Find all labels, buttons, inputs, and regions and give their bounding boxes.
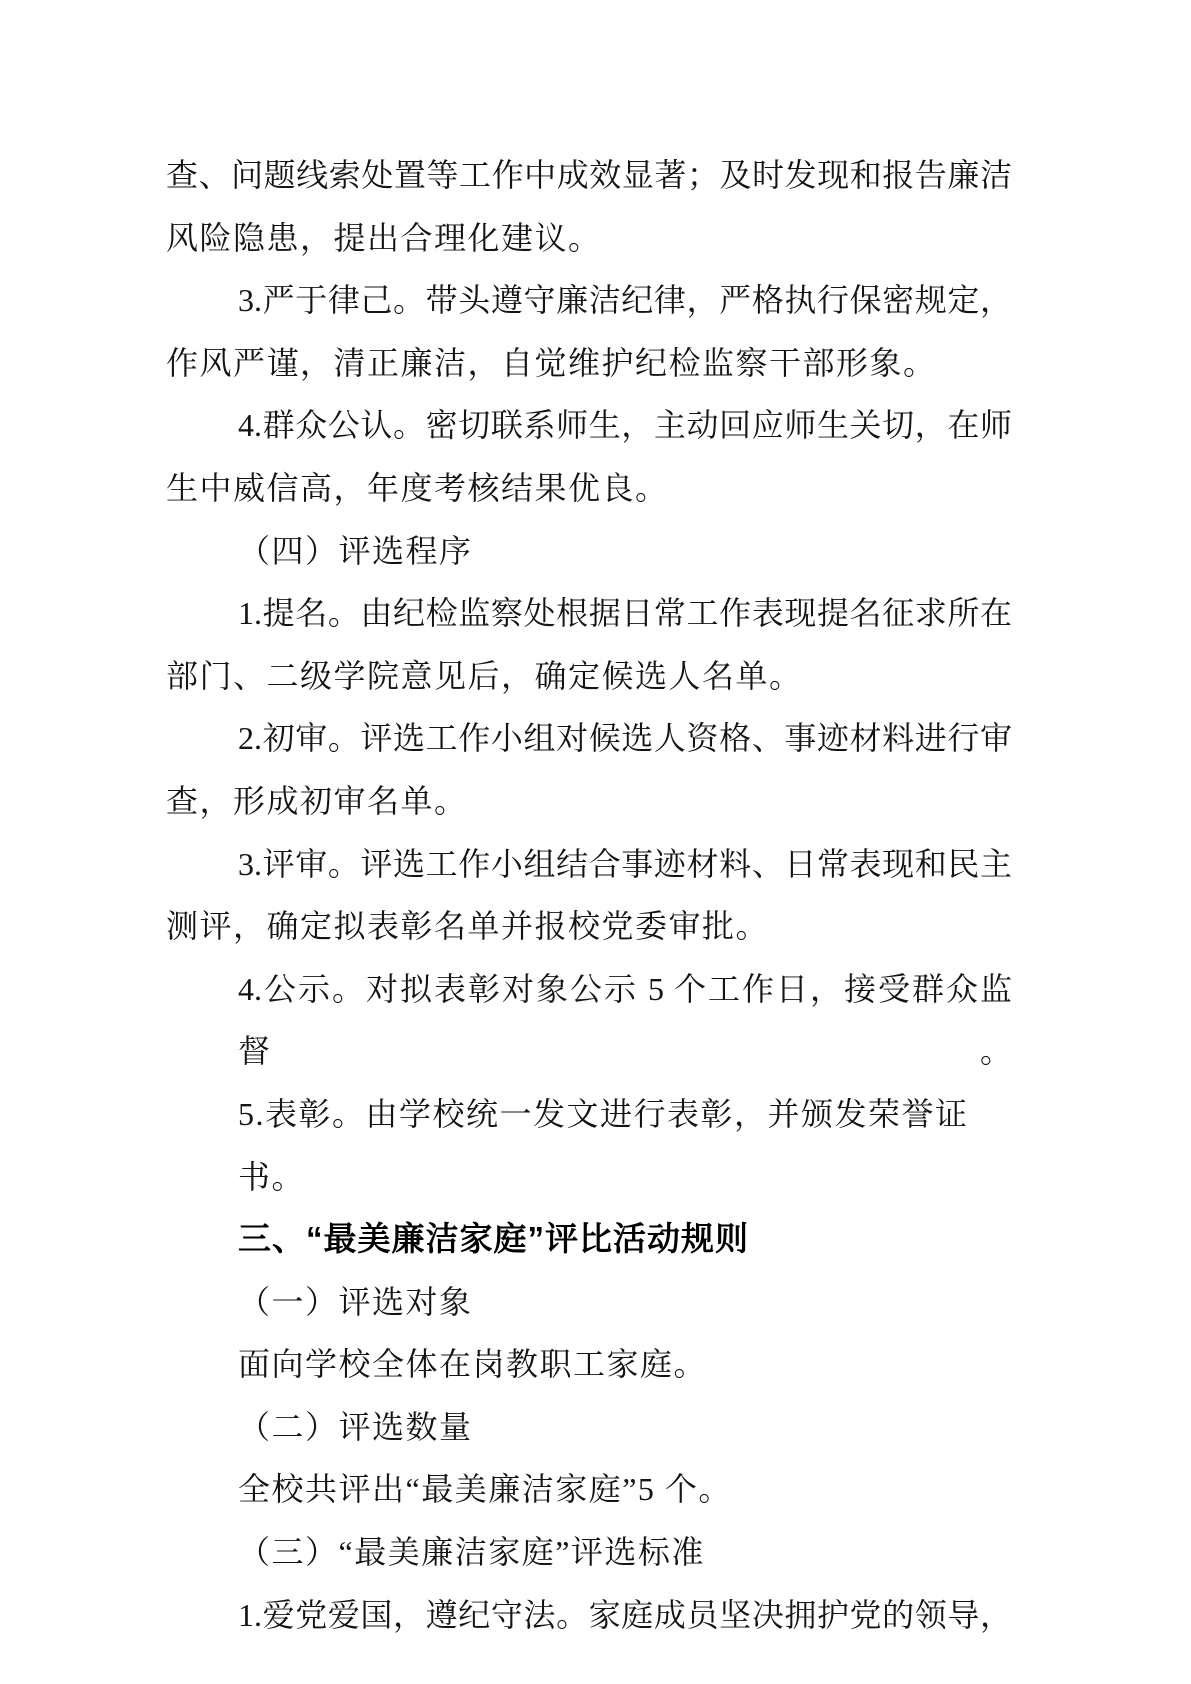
text-line: 查、问题线索处置等工作中成效显著；及时发现和报告廉洁	[166, 144, 1012, 207]
section-heading: 三、“最美廉洁家庭”评比活动规则	[166, 1208, 1012, 1271]
text-line: 作风严谨，清正廉洁，自觉维护纪检监察干部形象。	[166, 332, 1012, 395]
document-content: 查、问题线索处置等工作中成效显著；及时发现和报告廉洁风险隐患，提出合理化建议。3…	[166, 144, 1012, 1646]
text-line: 测评，确定拟表彰名单并报校党委审批。	[166, 895, 1012, 958]
text-line: 4.公示。对拟表彰对象公示 5 个工作日，接受群众监督。	[166, 958, 1012, 1083]
text-line: 部门、二级学院意见后，确定候选人名单。	[166, 645, 1012, 708]
text-line: 4.群众公认。密切联系师生，主动回应师生关切，在师	[166, 394, 1012, 457]
text-line: （四）评选程序	[166, 520, 1012, 583]
text-line: （一）评选对象	[166, 1271, 1012, 1334]
text-line: （二）评选数量	[166, 1396, 1012, 1459]
text-line: 查，形成初审名单。	[166, 770, 1012, 833]
text-line: 1.爱党爱国，遵纪守法。家庭成员坚决拥护党的领导，	[166, 1584, 1012, 1647]
text-line: 1.提名。由纪检监察处根据日常工作表现提名征求所在	[166, 582, 1012, 645]
text-line: 风险隐患，提出合理化建议。	[166, 207, 1012, 270]
text-line: 面向学校全体在岗教职工家庭。	[166, 1333, 1012, 1396]
text-line: 5.表彰。由学校统一发文进行表彰，并颁发荣誉证书。	[166, 1083, 1012, 1208]
text-line: 3.评审。评选工作小组结合事迹材料、日常表现和民主	[166, 833, 1012, 896]
text-line: （三）“最美廉洁家庭”评选标准	[166, 1521, 1012, 1584]
text-line: 3.严于律己。带头遵守廉洁纪律，严格执行保密规定，	[166, 269, 1012, 332]
document-page: 查、问题线索处置等工作中成效显著；及时发现和报告廉洁风险隐患，提出合理化建议。3…	[0, 0, 1191, 1684]
text-line: 生中威信高，年度考核结果优良。	[166, 457, 1012, 520]
text-line: 全校共评出“最美廉洁家庭”5 个。	[166, 1458, 1012, 1521]
text-line: 2.初审。评选工作小组对候选人资格、事迹材料进行审	[166, 707, 1012, 770]
